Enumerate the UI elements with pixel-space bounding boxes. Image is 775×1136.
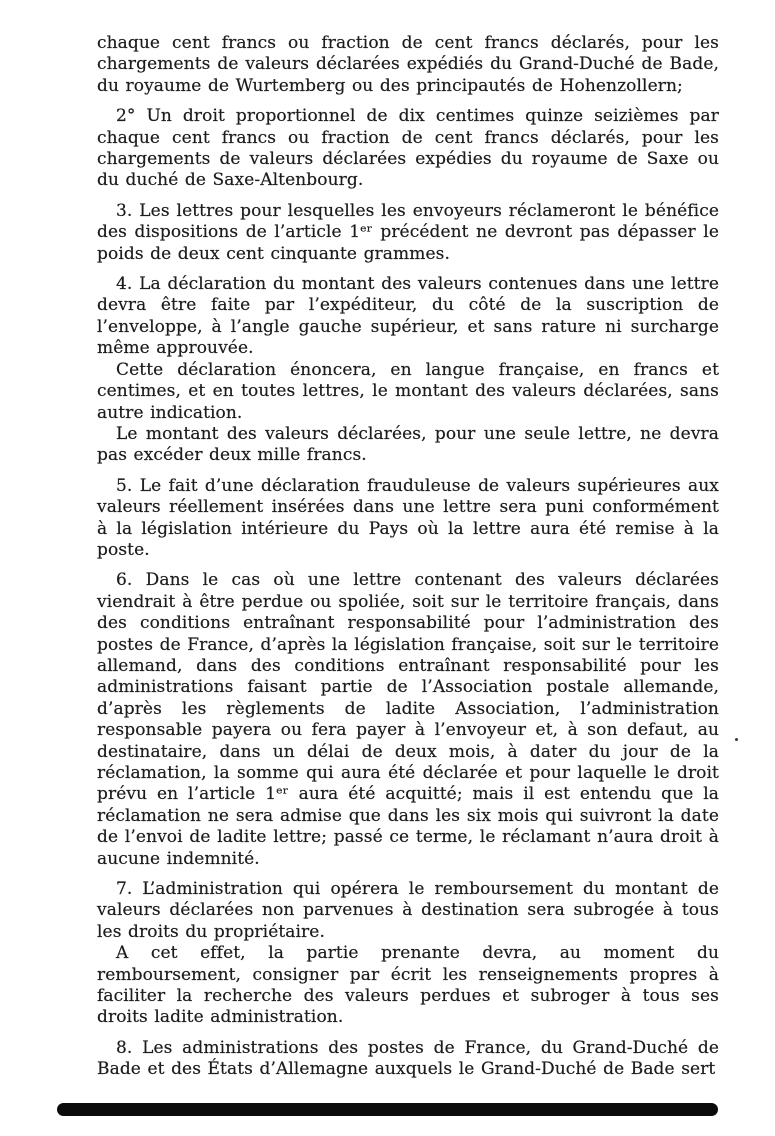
paragraph-article-4: 4. La déclaration du montant des valeurs… <box>97 274 719 360</box>
paragraph-declaration-language: Cette déclaration énoncera, en langue fr… <box>97 360 719 424</box>
paragraph-article-6: 6. Dans le cas où une lettre contenant d… <box>97 570 719 870</box>
text-block: chaque cent francs ou fraction de cent f… <box>97 33 719 1081</box>
paragraph-article-7: 7. L’administration qui opérera le rembo… <box>97 879 719 943</box>
paragraph-continuation: chaque cent francs ou fraction de cent f… <box>97 33 719 97</box>
paragraph-article-8: 8. Les administrations des postes de Fra… <box>97 1038 719 1081</box>
paragraph-max-amount: Le montant des valeurs déclarées, pour u… <box>97 424 719 467</box>
ink-dot-artifact <box>735 738 738 741</box>
paragraph-article-2: 2° Un droit proportionnel de dix centime… <box>97 106 719 192</box>
paragraph-article-7-continuation: A cet effet, la partie prenante devra, a… <box>97 943 719 1029</box>
scanned-document-page: chaque cent francs ou fraction de cent f… <box>0 0 775 1136</box>
paragraph-article-5: 5. Le fait d’une déclaration frauduleuse… <box>97 476 719 562</box>
paragraph-article-3: 3. Les lettres pour lesquelles les envoy… <box>97 201 719 265</box>
scan-artifact-bar <box>57 1103 718 1116</box>
